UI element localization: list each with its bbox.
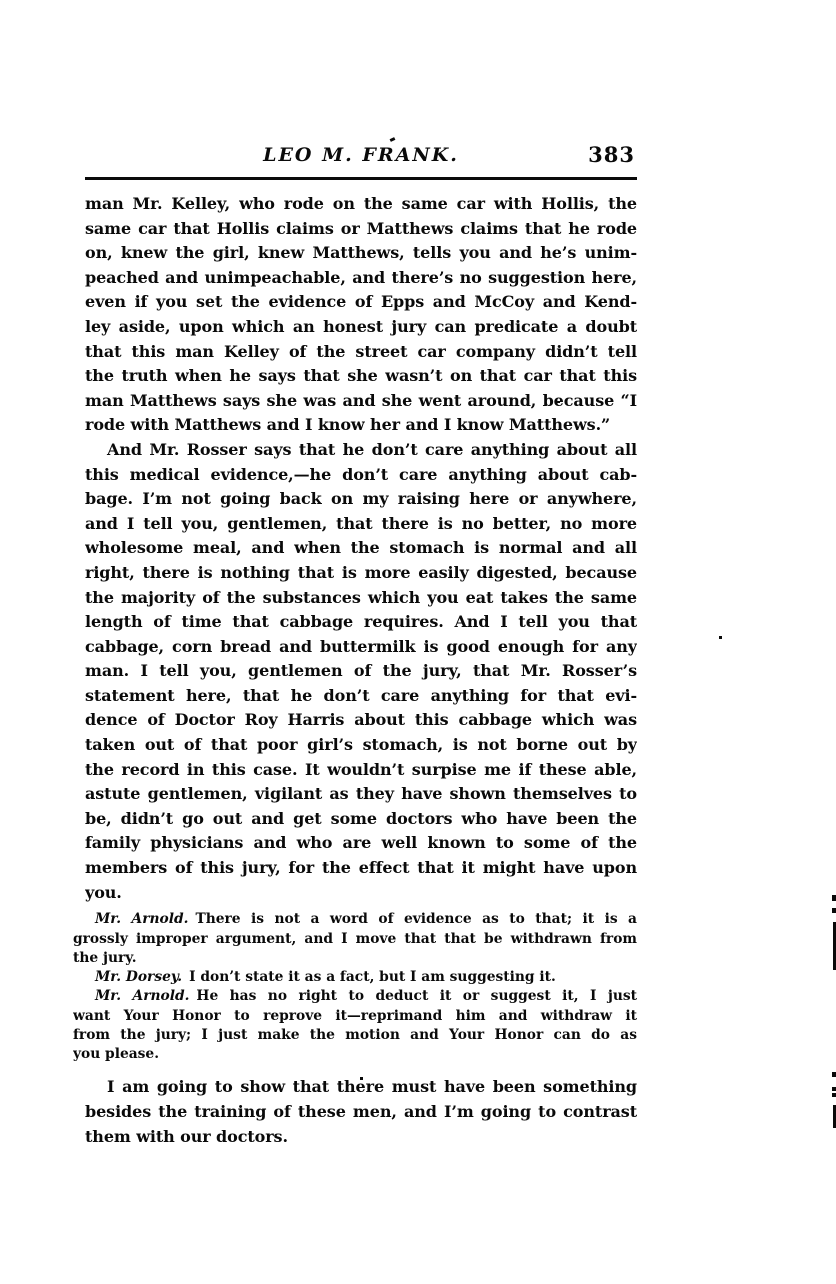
text-line: statement here, that he don’t care anyth… — [85, 684, 637, 709]
text-line: And Mr. Rosser says that he don’t care a… — [85, 438, 637, 463]
page-edge-artifact — [832, 908, 836, 913]
speaker-name: Mr. Arnold. — [95, 911, 188, 927]
page-title: LEO M. FRANK. — [85, 144, 637, 166]
text-line: besides the training of these men, and I… — [85, 1099, 637, 1124]
page-edge-artifact — [832, 1087, 836, 1091]
text-line: the truth when he says that she wasn’t o… — [85, 364, 637, 389]
text-line: you. — [85, 881, 637, 906]
text-line: man Matthews says she was and she went a… — [85, 389, 637, 414]
text-line: this medical evidence,—he don’t care any… — [85, 463, 637, 488]
speaker-name: Mr. Arnold. — [95, 988, 189, 1004]
page-edge-artifact — [832, 895, 836, 901]
text-line: members of this jury, for the effect tha… — [85, 856, 637, 881]
text-line: family physicians and who are well known… — [85, 831, 637, 856]
page-body-text: man Mr. Kelley, who rode on the same car… — [85, 192, 637, 1149]
text-line: and I tell you, gentlemen, that there is… — [85, 512, 637, 537]
text-line: rode with Matthews and I know her and I … — [85, 413, 637, 438]
text-line: Mr. Arnold.There is not a word of eviden… — [73, 910, 637, 929]
page-edge-artifact — [832, 1093, 836, 1097]
text-line: man Mr. Kelley, who rode on the same car… — [85, 192, 637, 217]
text-run: He has no right to deduct it or suggest … — [196, 988, 637, 1004]
text-line: the jury. — [73, 949, 637, 968]
text-line: wholesome meal, and when the stomach is … — [85, 536, 637, 561]
text-line: on, knew the girl, knew Matthews, tells … — [85, 241, 637, 266]
text-line: even if you set the evidence of Epps and… — [85, 290, 637, 315]
text-line: that this man Kelley of the street car c… — [85, 340, 637, 365]
text-run: I don’t state it as a fact, but I am sug… — [189, 969, 556, 985]
paragraph-contrast: I am going to show that there must have … — [85, 1074, 637, 1150]
text-line: from the jury; I just make the motion an… — [73, 1026, 637, 1045]
paragraph-cabbage: And Mr. Rosser says that he don’t care a… — [85, 438, 637, 905]
header-rule — [85, 177, 637, 180]
text-line: astute gentlemen, vigilant as they have … — [85, 782, 637, 807]
scan-speck — [556, 401, 560, 403]
text-line: man. I tell you, gentlemen of the jury, … — [85, 659, 637, 684]
text-line: length of time that cabbage requires. An… — [85, 610, 637, 635]
text-line: right, there is nothing that is more eas… — [85, 561, 637, 586]
text-line: dence of Doctor Roy Harris about this ca… — [85, 708, 637, 733]
colloquy-objection: Mr. Arnold.There is not a word of eviden… — [73, 910, 637, 1064]
page-edge-artifact — [832, 1072, 836, 1077]
text-line: you please. — [73, 1045, 637, 1064]
text-line: same car that Hollis claims or Matthews … — [85, 217, 637, 242]
text-line: ley aside, upon which an honest jury can… — [85, 315, 637, 340]
running-header: LEO M. FRANK. 383 — [85, 144, 637, 174]
text-line: Mr. Arnold.He has no right to deduct it … — [73, 987, 637, 1006]
text-line: the record in this case. It wouldn’t sur… — [85, 758, 637, 783]
paragraph-kelley: man Mr. Kelley, who rode on the same car… — [85, 192, 637, 438]
text-line: cabbage, corn bread and buttermilk is go… — [85, 635, 637, 660]
text-line: want Your Honor to reprove it—reprimand … — [73, 1007, 637, 1026]
text-line: peached and unimpeachable, and there’s n… — [85, 266, 637, 291]
text-line: bage. I’m not going back on my raising h… — [85, 487, 637, 512]
scan-speck — [390, 137, 396, 142]
text-line: taken out of that poor girl’s stomach, i… — [85, 733, 637, 758]
text-run: There is not a word of evidence as to th… — [195, 911, 637, 927]
text-line: grossly improper argument, and I move th… — [73, 930, 637, 949]
scan-speck — [719, 636, 722, 639]
text-line: the majority of the substances which you… — [85, 586, 637, 611]
text-line: them with our doctors. — [85, 1124, 637, 1149]
page-number: 383 — [588, 142, 635, 167]
scan-speck — [360, 1077, 363, 1080]
speaker-name: Mr. Dorsey. — [95, 969, 182, 985]
text-line: Mr. Dorsey.I don’t state it as a fact, b… — [73, 968, 637, 987]
scanned-book-page: LEO M. FRANK. 383 man Mr. Kelley, who ro… — [0, 0, 836, 1284]
text-line: be, didn’t go out and get some doctors w… — [85, 807, 637, 832]
